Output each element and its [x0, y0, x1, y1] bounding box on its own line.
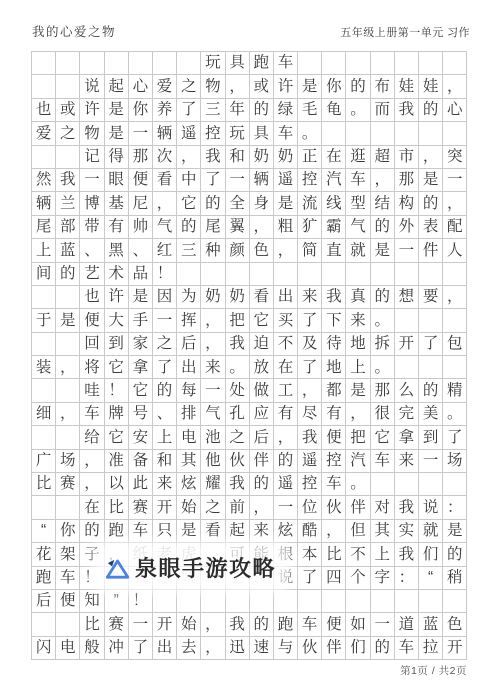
grid-cell [371, 52, 394, 74]
grid-cell: 也 [32, 99, 55, 121]
grid-cell: 具 [226, 52, 249, 74]
grid-cell: 是 [129, 286, 152, 308]
grid-cell: 去 [177, 637, 200, 659]
grid-cell: 的 [371, 637, 394, 659]
grid-cell: 地 [346, 333, 369, 355]
grid-cell [419, 122, 442, 144]
grid-cell [56, 379, 79, 401]
grid-cell: 粗 [274, 216, 297, 238]
grid-cell: 来 [153, 473, 176, 495]
grid-cell: 在 [274, 356, 297, 378]
grid-cell: 后 [177, 333, 200, 355]
grid-cell: 因 [153, 286, 176, 308]
grid-cell: 上 [371, 543, 394, 565]
grid-cell: 后 [32, 590, 55, 612]
grid-cell: 想 [395, 286, 418, 308]
grid-cell: 。 [298, 122, 321, 144]
grid-cell: 。 [371, 309, 394, 331]
grid-cell: 的 [177, 216, 200, 238]
grid-cell: 车 [129, 520, 152, 542]
grid-cell: 来 [298, 286, 321, 308]
grid-cell [177, 590, 200, 612]
header-essay-topic: 我的心爱之物 [32, 22, 116, 40]
grid-cell: 物 [201, 75, 224, 97]
grid-cell: ， [250, 216, 273, 238]
grid-cell: 的 [371, 286, 394, 308]
grid-cell: 伴 [322, 637, 345, 659]
grid-cell: 到 [419, 426, 442, 448]
grid-cell: 后 [250, 426, 273, 448]
grid-cell: 中 [177, 169, 200, 191]
grid-cell: 的 [371, 216, 394, 238]
grid-cell: 很 [371, 403, 394, 425]
grid-cell: 我 [56, 169, 79, 191]
grid-cell: 一 [226, 169, 249, 191]
grid-cell: 艺 [80, 263, 103, 285]
grid-cell [32, 333, 55, 355]
grid-cell [395, 122, 418, 144]
grid-cell: 赛 [129, 496, 152, 518]
grid-cell: 位 [298, 496, 321, 518]
grid-cell: 得 [105, 146, 128, 168]
grid-cell [419, 52, 442, 74]
grid-cell: 我 [395, 496, 418, 518]
grid-cell: 的 [419, 379, 442, 401]
grid-cell: 个 [346, 567, 369, 589]
grid-cell: 控 [298, 169, 321, 191]
grid-cell: 比 [322, 543, 345, 565]
grid-cell: 开 [153, 496, 176, 518]
grid-cell: 号 [129, 403, 152, 425]
grid-cell [56, 286, 79, 308]
grid-cell: 字 [371, 567, 394, 589]
grid-cell: 。 [371, 356, 394, 378]
grid-cell: 气 [201, 403, 224, 425]
grid-cell: 把 [346, 426, 369, 448]
grid-cell: 养 [153, 99, 176, 121]
grid-cell: 下 [322, 309, 345, 331]
grid-cell: 龟 [322, 99, 345, 121]
grid-cell: 比 [105, 496, 128, 518]
grid-cell: 一 [371, 613, 394, 635]
grid-cell: 它 [105, 426, 128, 448]
grid-cell: 尽 [298, 403, 321, 425]
grid-cell: 本 [298, 543, 321, 565]
grid-cell: 说 [80, 75, 103, 97]
grid-cell: 一 [274, 496, 297, 518]
grid-cell: 博 [80, 192, 103, 214]
grid-cell: 间 [32, 263, 55, 285]
grid-cell: 翼 [226, 216, 249, 238]
grid-cell: 是 [105, 99, 128, 121]
grid-cell: 跑 [274, 613, 297, 635]
grid-cell [32, 52, 55, 74]
grid-cell: 车 [274, 122, 297, 144]
grid-cell: 处 [226, 379, 249, 401]
grid-cell: 有 [274, 403, 297, 425]
grid-cell: 细 [32, 403, 55, 425]
grid-cell [274, 590, 297, 612]
grid-cell: 的 [419, 99, 442, 121]
grid-cell: ， [443, 286, 466, 308]
grid-cell: ， [226, 75, 249, 97]
grid-cell: 装 [32, 356, 55, 378]
grid-cell: 便 [56, 590, 79, 612]
grid-cell: 伴 [250, 450, 273, 472]
grid-cell: 冲 [105, 637, 128, 659]
grid-cell: 开 [443, 637, 466, 659]
grid-cell: 备 [129, 450, 152, 472]
grid-cell: 车 [274, 52, 297, 74]
grid-cell: 于 [32, 309, 55, 331]
grid-cell: 有 [105, 216, 128, 238]
grid-cell [443, 122, 466, 144]
grid-cell: 霸 [322, 216, 345, 238]
grid-cell: 伙 [226, 450, 249, 472]
grid-cell: 那 [129, 146, 152, 168]
grid-cell: 黑 [105, 239, 128, 261]
grid-cell: 娃 [395, 75, 418, 97]
grid-cell: 控 [298, 473, 321, 495]
grid-cell [250, 590, 273, 612]
grid-cell: 蓝 [419, 613, 442, 635]
grid-cell [250, 263, 273, 285]
grid-cell: 许 [80, 99, 103, 121]
grid-cell: 便 [322, 426, 345, 448]
grid-cell: 的 [201, 192, 224, 214]
grid-cell: 了 [298, 309, 321, 331]
grid-cell: 三 [201, 99, 224, 121]
grid-cell: 大 [105, 309, 128, 331]
grid-cell: 全 [226, 192, 249, 214]
grid-cell: 起 [105, 75, 128, 97]
grid-cell: 车 [395, 637, 418, 659]
grid-cell: 迅 [226, 637, 249, 659]
grid-cell: 的 [250, 613, 273, 635]
grid-cell [32, 613, 55, 635]
grid-cell: 是 [371, 239, 394, 261]
grid-cell: 拿 [395, 426, 418, 448]
watermark-text: 泉眼手游攻略 [135, 552, 276, 583]
grid-cell: 一 [129, 122, 152, 144]
grid-cell: 是 [56, 309, 79, 331]
grid-cell [56, 426, 79, 448]
grid-cell: 线 [322, 192, 345, 214]
grid-cell: 架 [56, 543, 79, 565]
grid-cell: 排 [177, 403, 200, 425]
grid-cell: 一 [443, 169, 466, 191]
grid-cell: 将 [80, 356, 103, 378]
grid-cell: 是 [177, 520, 200, 542]
grid-cell [419, 590, 442, 612]
grid-cell: “ [32, 520, 55, 542]
grid-cell [395, 473, 418, 495]
grid-cell [56, 146, 79, 168]
grid-cell: 车 [371, 450, 394, 472]
grid-cell: 对 [371, 496, 394, 518]
grid-cell: 色 [443, 613, 466, 635]
grid-cell: 上 [153, 426, 176, 448]
grid-cell: 般 [80, 637, 103, 659]
grid-cell: 了 [129, 637, 152, 659]
watermark: 泉眼手游攻略 [100, 549, 284, 586]
grid-cell: 许 [105, 286, 128, 308]
grid-cell: 它 [250, 309, 273, 331]
grid-cell: 三 [177, 239, 200, 261]
grid-cell: ， [80, 473, 103, 495]
grid-cell: 或 [56, 99, 79, 121]
grid-cell: 给 [80, 426, 103, 448]
page-header: 我的心爱之物 五年级上册第一单元 习作 [32, 22, 470, 40]
grid-cell: 一 [201, 379, 224, 401]
grid-cell: 我 [395, 99, 418, 121]
grid-cell: 控 [322, 450, 345, 472]
grid-cell [153, 52, 176, 74]
grid-cell: 们 [346, 637, 369, 659]
grid-cell: 是 [298, 75, 321, 97]
grid-cell: ， [443, 192, 466, 214]
grid-cell [322, 590, 345, 612]
grid-cell: 、 [129, 239, 152, 261]
grid-cell: 与 [274, 637, 297, 659]
grid-cell: 说 [419, 496, 442, 518]
grid-cell: ， [201, 613, 224, 635]
grid-cell [153, 590, 176, 612]
grid-cell: ， [274, 239, 297, 261]
grid-cell: 带 [80, 216, 103, 238]
grid-cell: 构 [395, 192, 418, 214]
grid-cell: 那 [371, 379, 394, 401]
grid-cell [298, 590, 321, 612]
grid-cell: 型 [346, 192, 369, 214]
grid-cell [56, 613, 79, 635]
grid-cell: 其 [177, 450, 200, 472]
grid-cell: 出 [153, 637, 176, 659]
essay-page: 我的心爱之物 五年级上册第一单元 习作 玩具跑车说起心爱之物，或许是你的布娃娃，… [0, 0, 500, 697]
grid-cell: ！ [105, 379, 128, 401]
grid-cell: 车 [56, 567, 79, 589]
grid-cell: 迫 [250, 333, 273, 355]
grid-cell: 帅 [129, 216, 152, 238]
grid-cell [274, 263, 297, 285]
grid-cell: ， [56, 403, 79, 425]
grid-cell: 每 [177, 379, 200, 401]
grid-cell [201, 263, 224, 285]
grid-cell [346, 263, 369, 285]
grid-cell: ， [371, 169, 394, 191]
grid-cell: 你 [56, 520, 79, 542]
grid-cell: 了 [177, 99, 200, 121]
grid-cell: ， [177, 146, 200, 168]
grid-cell [371, 122, 394, 144]
grid-cell: 待 [322, 333, 345, 355]
grid-cell [32, 379, 55, 401]
grid-cell: 池 [201, 426, 224, 448]
grid-cell: 孔 [226, 403, 249, 425]
grid-cell: 的 [346, 75, 369, 97]
grid-cell [177, 263, 200, 285]
grid-cell: ， [274, 426, 297, 448]
grid-cell: 也 [80, 286, 103, 308]
grid-cell [322, 52, 345, 74]
grid-cell: 以 [105, 473, 128, 495]
grid-cell: 把 [226, 309, 249, 331]
grid-cell: 玩 [201, 52, 224, 74]
grid-cell: 我 [226, 333, 249, 355]
grid-cell [322, 122, 345, 144]
grid-cell: 来 [250, 520, 273, 542]
grid-cell: 种 [201, 239, 224, 261]
grid-cell: 奶 [201, 286, 224, 308]
grid-cell: 遥 [274, 473, 297, 495]
grid-cell: 车 [346, 169, 369, 191]
grid-cell: 之 [56, 122, 79, 144]
grid-cell: 然 [32, 169, 55, 191]
grid-cell: 、 [80, 239, 103, 261]
grid-cell: 气 [153, 216, 176, 238]
grid-cell: 之 [226, 426, 249, 448]
grid-cell: 之 [153, 333, 176, 355]
grid-cell: 奶 [250, 146, 273, 168]
grid-cell [443, 52, 466, 74]
grid-cell: ！ [153, 263, 176, 285]
grid-cell [346, 590, 369, 612]
grid-cell: 地 [322, 356, 345, 378]
grid-cell [346, 52, 369, 74]
grid-cell [395, 309, 418, 331]
grid-cell: 心 [129, 75, 152, 97]
page-number-indicator: 第1页 / 共2页 [400, 665, 467, 677]
grid-cell: 、 [153, 403, 176, 425]
grid-cell [32, 75, 55, 97]
grid-cell: ， [201, 637, 224, 659]
grid-cell: 实 [395, 520, 418, 542]
grid-cell: 便 [129, 169, 152, 191]
grid-cell [177, 52, 200, 74]
grid-cell [395, 590, 418, 612]
grid-cell: 的 [153, 379, 176, 401]
grid-cell [56, 496, 79, 518]
grid-cell: 许 [274, 75, 297, 97]
grid-cell: 简 [298, 239, 321, 261]
grid-cell: 我 [226, 613, 249, 635]
grid-cell: 稍 [443, 567, 466, 589]
grid-cell: 绿 [274, 99, 297, 121]
grid-cell: ， [419, 146, 442, 168]
grid-cell: 的 [250, 473, 273, 495]
grid-cell: 伙 [298, 637, 321, 659]
grid-cell: 市 [395, 146, 418, 168]
grid-cell: 便 [322, 613, 345, 635]
grid-cell: 。 [443, 403, 466, 425]
grid-cell: 年 [226, 99, 249, 121]
grid-cell: 看 [250, 286, 273, 308]
grid-cell [80, 52, 103, 74]
grid-cell: 。 [346, 99, 369, 121]
grid-cell: 酷 [298, 520, 321, 542]
grid-cell: 而 [371, 99, 394, 121]
grid-cell: 车 [298, 613, 321, 635]
grid-cell: 它 [105, 356, 128, 378]
grid-cell: 四 [322, 567, 345, 589]
grid-cell: 遥 [177, 122, 200, 144]
grid-cell: 你 [129, 99, 152, 121]
grid-cell: 闪 [32, 637, 55, 659]
grid-cell: 的 [250, 99, 273, 121]
grid-cell: 了 [298, 567, 321, 589]
grid-cell: 配 [443, 216, 466, 238]
grid-cell: ， [80, 450, 103, 472]
grid-cell: 是 [443, 520, 466, 542]
grid-cell: 牌 [105, 403, 128, 425]
grid-cell: 流 [298, 192, 321, 214]
grid-cell [371, 263, 394, 285]
grid-cell: 包 [443, 333, 466, 355]
grid-cell: 放 [250, 356, 273, 378]
grid-cell: 拆 [371, 333, 394, 355]
grid-cell: 都 [322, 379, 345, 401]
grid-cell: 炫 [177, 473, 200, 495]
grid-cell: “ [419, 567, 442, 589]
grid-cell: 尾 [201, 216, 224, 238]
grid-cell: 爱 [32, 122, 55, 144]
grid-cell: 尼 [129, 192, 152, 214]
grid-cell: 准 [105, 450, 128, 472]
grid-cell: 玩 [226, 122, 249, 144]
grid-cell: 拿 [129, 356, 152, 378]
grid-cell: 安 [129, 426, 152, 448]
grid-cell: 跑 [32, 567, 55, 589]
grid-cell: 我 [298, 426, 321, 448]
grid-cell [443, 473, 466, 495]
grid-cell: ， [443, 75, 466, 97]
grid-cell: 了 [201, 169, 224, 191]
grid-cell: ， [201, 333, 224, 355]
grid-cell: 超 [371, 146, 394, 168]
grid-cell [419, 356, 442, 378]
grid-cell: 看 [153, 169, 176, 191]
grid-cell: 部 [56, 216, 79, 238]
grid-cell: 买 [274, 309, 297, 331]
grid-cell [298, 52, 321, 74]
grid-cell: 布 [371, 75, 394, 97]
grid-cell: 件 [419, 239, 442, 261]
grid-cell [346, 122, 369, 144]
grid-cell [32, 286, 55, 308]
grid-cell: 场 [443, 450, 466, 472]
grid-cell: ！ [129, 590, 152, 612]
grid-cell: 毛 [298, 99, 321, 121]
grid-cell: 电 [56, 637, 79, 659]
grid-cell: 术 [105, 263, 128, 285]
grid-cell: 或 [250, 75, 273, 97]
grid-cell: 逛 [346, 146, 369, 168]
grid-cell: 广 [32, 450, 55, 472]
grid-cell: 前 [226, 496, 249, 518]
grid-cell: 跑 [105, 520, 128, 542]
grid-cell: 了 [443, 426, 466, 448]
grid-cell: 。 [346, 473, 369, 495]
grid-cell: 我 [226, 473, 249, 495]
grid-cell: 是 [419, 169, 442, 191]
grid-cell: ， [56, 356, 79, 378]
grid-cell: 在 [322, 146, 345, 168]
grid-cell: 就 [346, 239, 369, 261]
grid-cell: 你 [322, 75, 345, 97]
grid-cell: 遥 [298, 450, 321, 472]
grid-cell: 物 [80, 122, 103, 144]
grid-cell: ， [153, 192, 176, 214]
